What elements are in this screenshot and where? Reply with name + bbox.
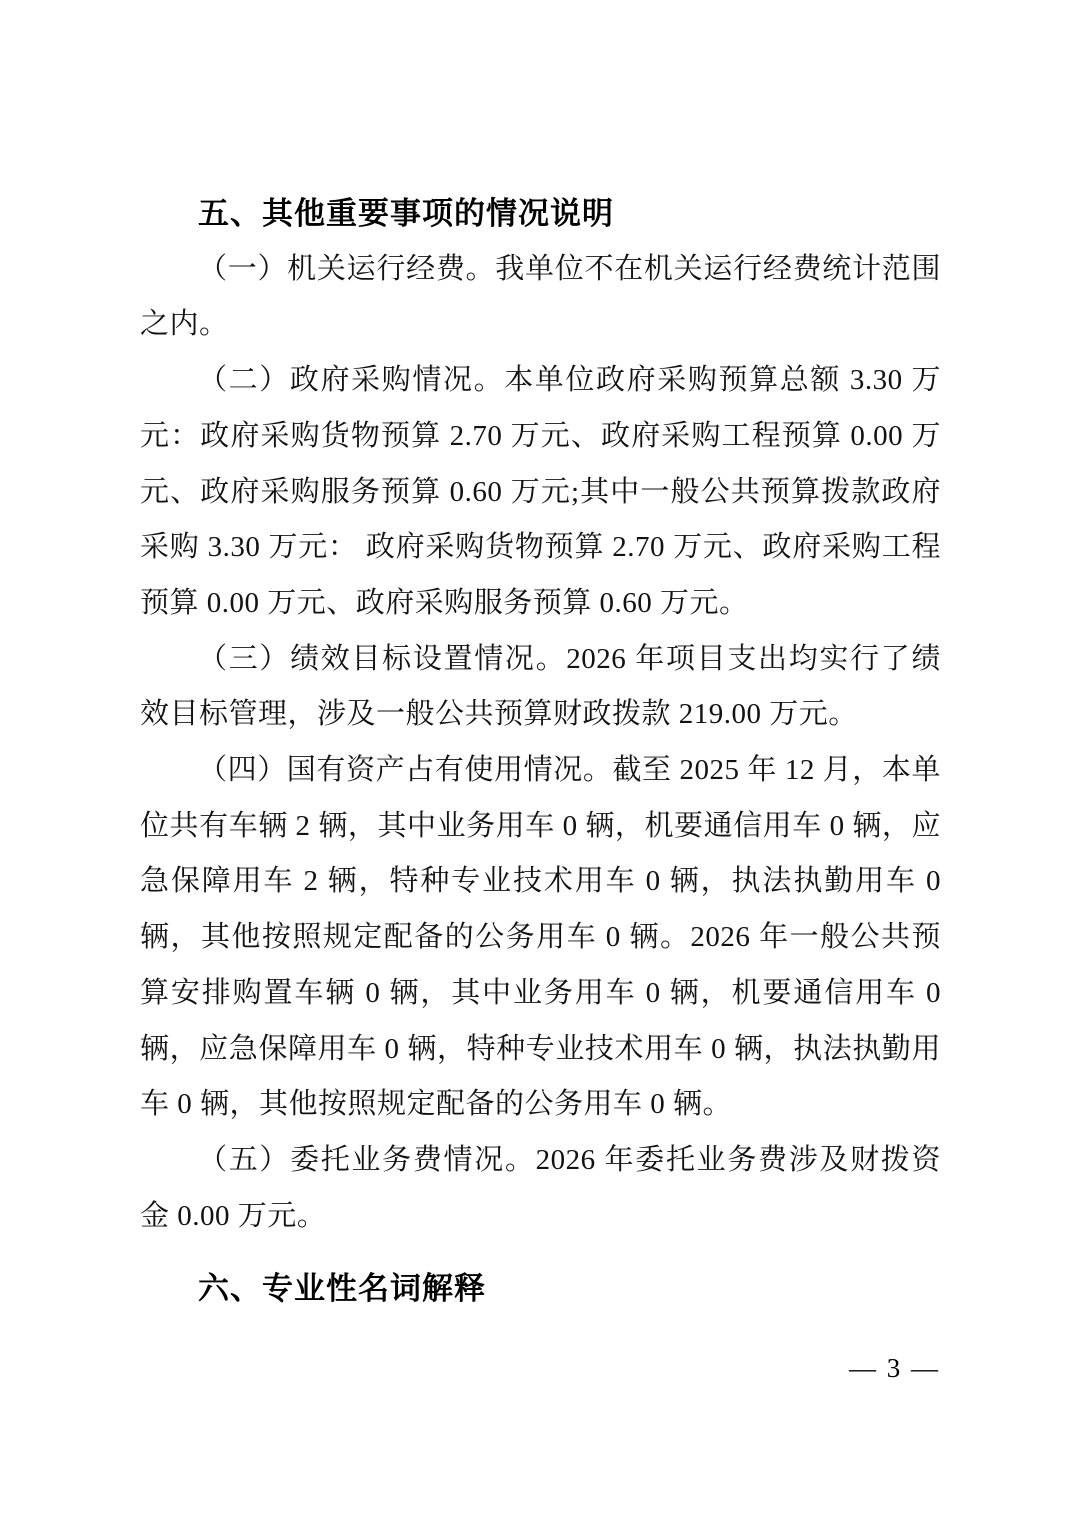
section-heading-terminology: 六、专业性名词解释 (140, 1261, 941, 1317)
paragraph-performance-targets: （三）绩效目标设置情况。2026 年项目支出均实行了绩效目标管理，涉及一般公共预… (140, 632, 941, 743)
page-number: — 3 — (849, 1352, 940, 1384)
document-body: 五、其他重要事项的情况说明 （一）机关运行经费。我单位不在机关运行经费统计范围之… (140, 186, 941, 1317)
section-heading-other-important-matters: 五、其他重要事项的情况说明 (140, 186, 941, 242)
paragraph-agency-operating-expenses: （一）机关运行经费。我单位不在机关运行经费统计范围之内。 (140, 242, 941, 353)
paragraph-state-assets-usage: （四）国有资产占有使用情况。截至 2025 年 12 月，本单位共有车辆 2 辆… (140, 743, 941, 1133)
paragraph-government-procurement: （二）政府采购情况。本单位政府采购预算总额 3.30 万元：政府采购货物预算 2… (140, 353, 941, 632)
paragraph-entrusted-business-fees: （五）委托业务费情况。2026 年委托业务费涉及财拨资金 0.00 万元。 (140, 1133, 941, 1244)
document-page: 五、其他重要事项的情况说明 （一）机关运行经费。我单位不在机关运行经费统计范围之… (0, 0, 1074, 1520)
